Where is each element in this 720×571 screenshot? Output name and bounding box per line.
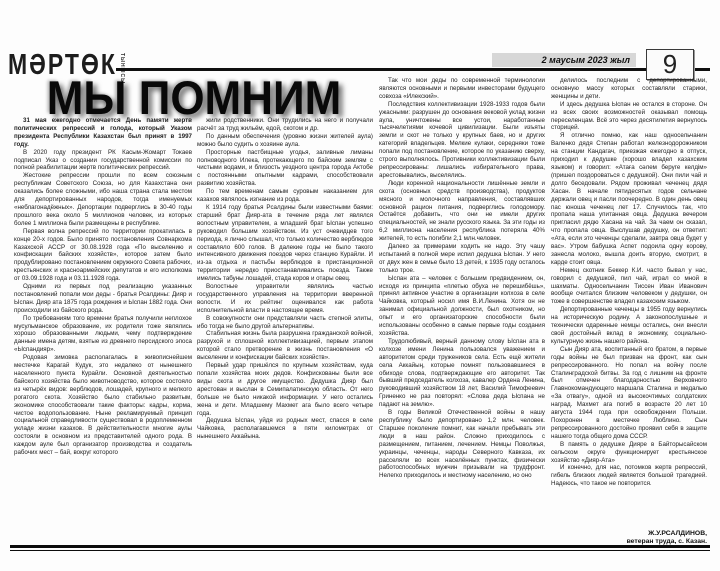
paragraph: В совокупности они представляли часть ст… [197,315,373,331]
paragraph: Депортированные чеченцы в 1955 году верн… [551,306,707,346]
paragraph: К 1914 году братья Рсалдины были известн… [197,204,373,283]
column-1-paragraphs: В 2020 году президент РК Касым-Жомарт То… [14,149,192,457]
paragraph: По тем временам самым суровым наказанием… [197,188,373,204]
article-column-4: делилось последним с депортированными, о… [551,77,707,521]
paragraph: И здесь дедушка Ыспан не остался в сторо… [551,101,707,133]
article-column-3: Так что мои деды по современной терминол… [379,77,545,543]
paragraph: Жестокие репрессии прошли по всем союзны… [14,172,192,227]
paragraph: Так что мои деды по современной терминол… [379,77,545,101]
column-4-paragraphs: делилось последним с депортированными, о… [551,77,707,488]
paragraph: По данным обеспечения (уровню жизни жите… [197,133,373,149]
page-number: 9 [663,49,677,80]
paragraph: Немец скотник Беккер К.И. часто бывал у … [551,267,707,307]
column-2-paragraphs: жили родственники. Они трудились на него… [197,117,373,441]
header-divider [116,68,710,71]
paragraph: Родовая зимовка располагалась в живописн… [14,354,192,457]
paragraph: И конечно, для нас, потомков жертв репре… [551,464,707,488]
paragraph: Первый удар пришёлся по крупным хозяйств… [197,362,373,417]
page-number-box: 9 [646,49,694,80]
paragraph: В 2020 году президент РК Касым-Жомарт То… [14,149,192,173]
article-column-1: 31 мая ежегодно отмечается День памяти ж… [14,117,192,543]
paragraph: Первая волна репрессий по территории про… [14,228,192,283]
paragraph: Ыспан ата – человек с большим предвидени… [379,275,545,338]
paragraph: Волостные управители являлись частью гос… [197,283,373,315]
article-column-2: жили родственники. Они трудились на него… [197,117,373,543]
issue-date: 2 маусым 2023 жыл [492,53,636,67]
paragraph: В годы Великой Отечественной войны в наш… [379,409,545,480]
paragraph: В память о дедушке Дияре в Байторысайско… [551,441,707,465]
signature-name: Ж.У.РСАЛДИНОВ, [648,530,707,537]
article-lede: 31 мая ежегодно отмечается День памяти ж… [14,117,192,149]
footer-divider [10,545,710,548]
paragraph: Одними из первых под реализацию указанны… [14,283,192,315]
newspaper-page: МӘРТӨК ТЫНЫСЫ 2 маусым 2023 жыл 9 МЫ ПОМ… [0,0,720,571]
paragraph: жили родственники. Они трудились на него… [197,117,373,133]
paragraph: По требованиям того времени братья получ… [14,315,192,355]
paragraph: Дедушка Ыспан, уйдя из родных мест, спас… [197,417,373,441]
column-3-paragraphs: Так что мои деды по современной терминол… [379,77,545,480]
paragraph: Последствия коллективизации 1928-1933 го… [379,101,545,180]
paragraph: делилось последним с депортированными, о… [551,77,707,101]
paragraph: Просторные пастбищные угодья, заливные л… [197,149,373,189]
paragraph: Я отлично помню, как наш односельчанин В… [551,132,707,266]
footer-divider-thin [10,550,710,551]
paragraph: Далеко за примерами ходить не надо. Эту … [379,243,545,275]
paragraph: Трудолюбивый, верный данному слову Ыспан… [379,338,545,409]
paragraph: Сын Дияр ата, воспитанный его братом, в … [551,346,707,441]
paragraph: Стабильная жизнь была разрушена гражданс… [197,330,373,362]
paragraph: Люди коренной национальности лишённые зе… [379,180,545,243]
